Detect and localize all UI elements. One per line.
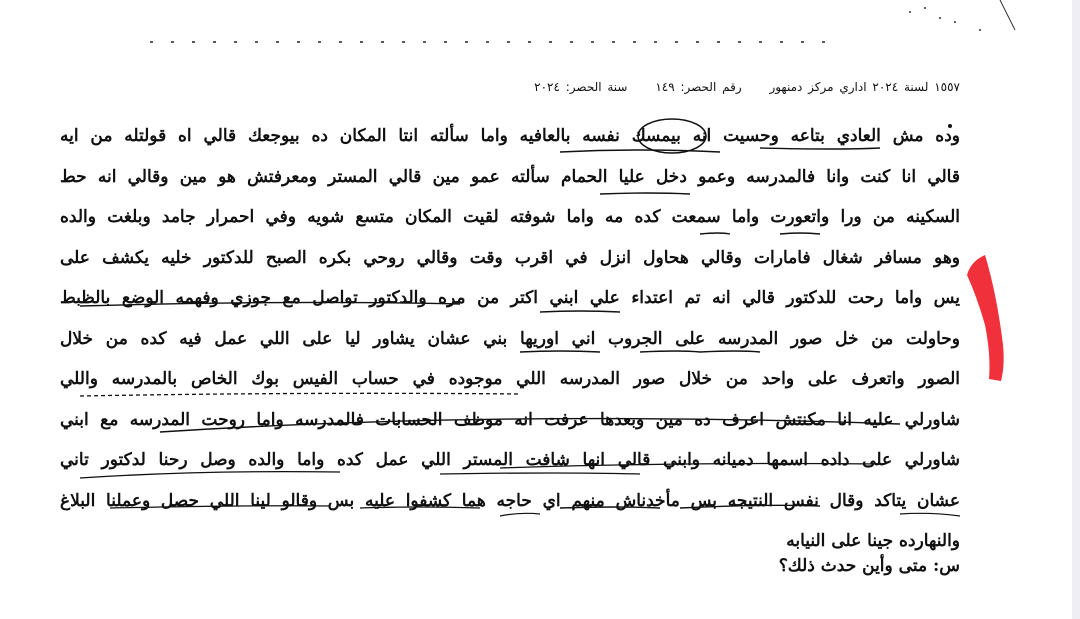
scan-dash-line xyxy=(150,40,840,44)
statement-line: قالي انا كنت وانا فالمدرسه وعمو دخل عليا… xyxy=(60,157,960,198)
statement-line: الصور واتعرف على واحد من خلال صور المدرس… xyxy=(60,359,960,400)
scan-noise xyxy=(880,0,1060,60)
case-number: ١٥٥٧ لسنة ٢٠٢٤ اداري مركز دمنهور xyxy=(769,80,960,94)
document-header: ١٥٥٧ لسنة ٢٠٢٤ اداري مركز دمنهور رقم الح… xyxy=(420,80,960,94)
page-edge-strip xyxy=(1072,0,1080,619)
statement-line: وده مش العادي بتاعه وحسيت انه بيمسك نفسه… xyxy=(60,116,960,157)
statement-line: يس واما رحت للدكتور قالي انه تم اعتداء ع… xyxy=(60,278,960,319)
statement-line: وحاولت من خل صور المدرسه على الجروب اني … xyxy=(60,319,960,360)
statement-body: وده مش العادي بتاعه وحسيت انه بيمسك نفسه… xyxy=(60,116,960,562)
question-line: س: متى وأين حدث ذلك؟ xyxy=(500,556,960,576)
statement-line: شاورلي على داده اسمها دميانه وابني قالي … xyxy=(60,440,960,481)
red-margin-mark-icon xyxy=(955,255,1015,385)
statement-line: عشان يتاكد وقال نفس النتيجه بس مأخدناش م… xyxy=(60,481,960,522)
statement-line: وهو مسافر شغال فامارات وقالي هحاول انزل … xyxy=(60,238,960,279)
register-number: رقم الحصر: ١٤٩ xyxy=(655,80,741,94)
statement-line: شاورلي عليه انا مكنتش اعرف ده مين وبعدها… xyxy=(60,400,960,441)
register-year: سنة الحصر: ٢٠٢٤ xyxy=(534,80,627,94)
statement-line: السكينه من ورا واتعورت واما سمعت كده مه … xyxy=(60,197,960,238)
